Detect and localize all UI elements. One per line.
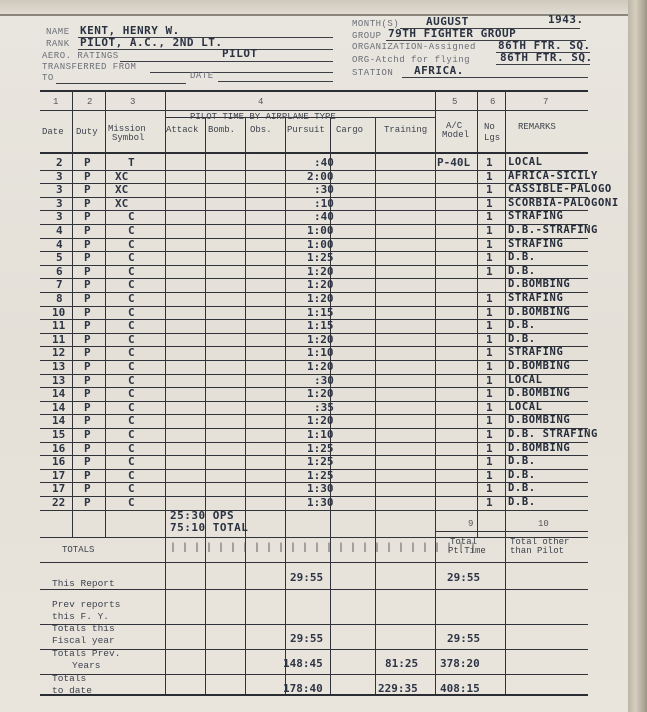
row-mission-symbol: C: [128, 428, 135, 441]
station-label: STATION: [352, 68, 393, 78]
row-landings: 1: [486, 482, 493, 495]
summary-label-2: Years: [72, 660, 101, 672]
summary-total: 29:55: [447, 571, 480, 584]
row-remarks: AFRICA-SICILY: [508, 170, 598, 182]
column-number: 5: [452, 97, 457, 107]
row-remarks: D.BOMBING: [508, 442, 570, 454]
date-label: DATE: [190, 71, 214, 81]
flight-record-form: NAME KENT, HENRY W. RANK PILOT, A.C., 2N…: [0, 0, 630, 712]
row-pursuit-time: :30: [314, 183, 334, 196]
summary-training: 81:25: [385, 657, 418, 670]
row-duty: P: [84, 482, 91, 495]
row-date: 12: [52, 346, 65, 359]
rank-label: RANK: [46, 39, 70, 49]
row-duty: P: [84, 414, 91, 427]
summary-pursuit: 29:55: [290, 571, 323, 584]
col-attack-header: Attack: [166, 125, 198, 135]
row-date: 3: [56, 183, 63, 196]
row-duty: P: [84, 197, 91, 210]
v-bomb: [245, 117, 246, 537]
row-remarks: D.BOMBING: [508, 360, 570, 372]
row-duty: P: [84, 360, 91, 373]
summary-total: 29:55: [447, 632, 480, 645]
column-number: 6: [490, 97, 495, 107]
summary-total: 378:20: [440, 657, 480, 670]
summary-label-2: Fiscal year: [52, 635, 115, 647]
row-date: 15: [52, 428, 65, 441]
row-date: 2: [56, 156, 63, 169]
row-duty: P: [84, 265, 91, 278]
row-pursuit-time: 1:20: [307, 360, 334, 373]
row-date: 14: [52, 414, 65, 427]
row-remarks: STRAFING: [508, 346, 563, 358]
col-remarks-header: REMARKS: [518, 122, 556, 132]
row-landings: 1: [486, 292, 493, 305]
column-number: 1: [53, 97, 58, 107]
row-duty: P: [84, 156, 91, 169]
row-date: 22: [52, 496, 65, 509]
row-remarks: D.BOMBING: [508, 387, 570, 399]
org-assigned-label: ORGANIZATION-Assigned: [352, 42, 476, 52]
row-landings: 1: [486, 346, 493, 359]
row-pursuit-time: 1:20: [307, 333, 334, 346]
row-date: 14: [52, 401, 65, 414]
summary-label: Prev reports: [52, 599, 120, 611]
v-landings: [505, 90, 506, 537]
row-date: 3: [56, 170, 63, 183]
row-landings: 1: [486, 210, 493, 223]
v-cargo: [375, 117, 376, 537]
summary-label: Totals this: [52, 623, 115, 635]
row-duty: P: [84, 469, 91, 482]
row-pursuit-time: 1:25: [307, 469, 334, 482]
station: AFRICA.: [414, 64, 464, 77]
row-pursuit-time: 1:20: [307, 265, 334, 278]
row-date: 4: [56, 238, 63, 251]
v-training: [435, 90, 436, 537]
row-pursuit-time: :40: [314, 210, 334, 223]
row-date: 6: [56, 265, 63, 278]
pilot-time-title: PILOT TIME BY AIRPLANE TYPE: [190, 112, 336, 122]
row-mission-symbol: C: [128, 292, 135, 305]
v-obs: [285, 117, 286, 537]
transferred-from-label: TRANSFERRED FROM: [42, 62, 136, 72]
row-remarks: D.B.: [508, 333, 536, 345]
col9-header-2: Pt.Time: [448, 546, 486, 556]
row-landings: 1: [486, 306, 493, 319]
col-landings-header: No: [484, 122, 495, 132]
top-edge: [0, 0, 630, 16]
aero-ratings: PILOT: [222, 47, 258, 60]
row-landings: 1: [486, 414, 493, 427]
row-landings: 1: [486, 156, 493, 169]
v-date: [72, 90, 73, 537]
row-remarks: LOCAL: [508, 156, 543, 168]
row-duty: P: [84, 210, 91, 223]
row-remarks: LOCAL: [508, 374, 543, 386]
group-label: GROUP: [352, 31, 382, 41]
row-date: 7: [56, 278, 63, 291]
row-date: 16: [52, 455, 65, 468]
row-remarks: LOCAL: [508, 401, 543, 413]
row-landings: 1: [486, 224, 493, 237]
row-duty: P: [84, 183, 91, 196]
row-remarks: CASSIBLE-PALOGO: [508, 183, 612, 195]
row-date: 11: [52, 319, 65, 332]
row-landings: 1: [486, 428, 493, 441]
row-remarks: D.B.: [508, 455, 536, 467]
totals-column-divider: [165, 537, 166, 694]
row-mission-symbol: C: [128, 319, 135, 332]
row-duty: P: [84, 387, 91, 400]
row-mission-symbol: C: [128, 414, 135, 427]
row-duty: P: [84, 333, 91, 346]
row-mission-symbol: C: [128, 455, 135, 468]
row-duty: P: [84, 292, 91, 305]
row-pursuit-time: 1:30: [307, 496, 334, 509]
row-remarks: D.B.: [508, 496, 536, 508]
summary-label: Totals: [52, 673, 86, 685]
row-landings: 1: [486, 496, 493, 509]
row-pursuit-time: 1:20: [307, 278, 334, 291]
row-duty: P: [84, 442, 91, 455]
row-landings: 1: [486, 265, 493, 278]
row-date: 13: [52, 374, 65, 387]
totals-label: TOTALS: [62, 545, 94, 555]
group: 79TH FIGHTER GROUP: [388, 27, 516, 40]
name-label: NAME: [46, 27, 70, 37]
col9-number: 9: [468, 519, 473, 529]
row-mission-symbol: C: [128, 496, 135, 509]
row-landings: 1: [486, 183, 493, 196]
row-remarks: D.B.: [508, 482, 536, 494]
col-date-header: Date: [42, 127, 64, 137]
totals-header-bottom: [40, 562, 588, 563]
row-date: 14: [52, 387, 65, 400]
row-landings: 1: [486, 170, 493, 183]
row-landings: 1: [486, 455, 493, 468]
row-remarks: D.B.: [508, 265, 536, 277]
table-bottom-border: [40, 694, 588, 696]
row-remarks: STRAFING: [508, 210, 563, 222]
v-duty: [105, 90, 106, 537]
row-duty: P: [84, 306, 91, 319]
column-number: 2: [87, 97, 92, 107]
pilot-rank: PILOT, A.C., 2ND LT.: [80, 36, 222, 49]
row-pursuit-time: :35: [314, 401, 334, 414]
row-mission-symbol: C: [128, 224, 135, 237]
row-remarks: D.B. STRAFING: [508, 428, 598, 440]
row-remarks: STRAFING: [508, 238, 563, 250]
row-mission-symbol: C: [128, 251, 135, 264]
row-remarks: SCORBIA-PALOGONI: [508, 197, 619, 209]
row-pursuit-time: 1:00: [307, 224, 334, 237]
row-date: 3: [56, 197, 63, 210]
row-date: 5: [56, 251, 63, 264]
totals-column-divider: [285, 537, 286, 694]
col-mission-header-2: Symbol: [112, 133, 144, 143]
row-mission-symbol: C: [128, 333, 135, 346]
column-number: 7: [543, 97, 548, 107]
row-duty: P: [84, 455, 91, 468]
row-landings: 1: [486, 197, 493, 210]
row-mission-symbol: C: [128, 469, 135, 482]
row-duty: P: [84, 238, 91, 251]
col-obs-header: Obs.: [250, 125, 272, 135]
row-mission-symbol: XC: [115, 183, 128, 196]
row-landings: 1: [486, 360, 493, 373]
row-date: 8: [56, 292, 63, 305]
row-remarks: D.BOMBING: [508, 278, 570, 290]
row-remarks: D.B.-STRAFING: [508, 224, 598, 236]
row-landings: 1: [486, 374, 493, 387]
to-label: TO: [42, 73, 54, 83]
row-mission-symbol: C: [128, 387, 135, 400]
row-mission-symbol: XC: [115, 197, 128, 210]
row-mission-symbol: T: [128, 156, 135, 169]
col-landings-header-2: Lgs: [484, 133, 500, 143]
column-number: 4: [258, 97, 263, 107]
row-pursuit-time: 1:00: [307, 238, 334, 251]
row-remarks: D.B.: [508, 319, 536, 331]
row-landings: 1: [486, 251, 493, 264]
row-mission-symbol: C: [128, 401, 135, 414]
row-remarks: D.BOMBING: [508, 306, 570, 318]
row-pursuit-time: 1:25: [307, 442, 334, 455]
row-pursuit-time: 1:20: [307, 414, 334, 427]
col-model-header-2: Model: [442, 130, 469, 140]
summary-rule: [40, 624, 588, 625]
row-date: 17: [52, 482, 65, 495]
row-landings: 1: [486, 387, 493, 400]
row-pursuit-time: :40: [314, 156, 334, 169]
summary-rule: [40, 674, 588, 675]
totals-column-divider: [330, 537, 331, 694]
totals-column-divider: [435, 537, 436, 694]
row-pursuit-time: 1:30: [307, 482, 334, 495]
row-landings: 1: [486, 442, 493, 455]
row-mission-symbol: C: [128, 306, 135, 319]
summary-label-2: this F. Y.: [52, 611, 109, 623]
summary-rule: [40, 589, 588, 590]
row-duty: P: [84, 346, 91, 359]
row-pursuit-time: 1:20: [307, 292, 334, 305]
year: 1943.: [548, 13, 584, 26]
row-pursuit-time: 1:10: [307, 428, 334, 441]
total-hours: 75:10 TOTAL: [170, 521, 248, 534]
row-date: 11: [52, 333, 65, 346]
row-landings: 1: [486, 238, 493, 251]
summary-rule: [40, 649, 588, 650]
totals-column-divider: [205, 537, 206, 694]
row-date: 16: [52, 442, 65, 455]
v-mission: [165, 90, 166, 537]
row-mission-symbol: C: [128, 374, 135, 387]
row-landings: 1: [486, 469, 493, 482]
row-rule: [40, 510, 588, 511]
column-number: 3: [130, 97, 135, 107]
col-pursuit-header: Pursuit: [287, 125, 325, 135]
row-remarks: D.B.: [508, 469, 536, 481]
org-flying: 86TH FTR. SQ.: [500, 51, 593, 64]
row-pursuit-time: 1:15: [307, 306, 334, 319]
row-remarks: STRAFING: [508, 292, 563, 304]
summary-pursuit: 29:55: [290, 632, 323, 645]
row-duty: P: [84, 374, 91, 387]
tick-marks: ||||||||||||||||||||||||||: [170, 543, 482, 554]
row-mission-symbol: C: [128, 238, 135, 251]
row-pursuit-time: 1:25: [307, 251, 334, 264]
col-duty-header: Duty: [76, 127, 98, 137]
row-duty: P: [84, 251, 91, 264]
aero-ratings-label: AERO. RATINGS: [42, 51, 119, 61]
row-pursuit-time: 2:00: [307, 170, 334, 183]
row-landings: 1: [486, 333, 493, 346]
v-model: [477, 90, 478, 537]
row-duty: P: [84, 319, 91, 332]
totals-column-divider: [245, 537, 246, 694]
row-landings: 1: [486, 319, 493, 332]
v-attack: [205, 117, 206, 537]
row-mission-symbol: XC: [115, 170, 128, 183]
totals-column-divider: [375, 537, 376, 694]
binder-edge: [628, 0, 647, 712]
row-mission-symbol: C: [128, 346, 135, 359]
row-duty: P: [84, 224, 91, 237]
col-cargo-header: Cargo: [336, 125, 363, 135]
row-mission-symbol: C: [128, 265, 135, 278]
row-mission-symbol: C: [128, 360, 135, 373]
row-date: 17: [52, 469, 65, 482]
row-aircraft-model: P-40L: [437, 156, 470, 169]
row-pursuit-time: 1:15: [307, 319, 334, 332]
col9-10-rule: [435, 531, 588, 532]
row-pursuit-time: :10: [314, 197, 334, 210]
row-date: 13: [52, 360, 65, 373]
row-landings: 1: [486, 401, 493, 414]
row-date: 10: [52, 306, 65, 319]
row-pursuit-time: 1:20: [307, 387, 334, 400]
col-training-header: Training: [384, 125, 427, 135]
row-remarks: D.B.: [508, 251, 536, 263]
row-pursuit-time: 1:25: [307, 455, 334, 468]
row-date: 4: [56, 224, 63, 237]
row-pursuit-time: :30: [314, 374, 334, 387]
col-bomb-header: Bomb.: [208, 125, 235, 135]
row-mission-symbol: C: [128, 210, 135, 223]
summary-pursuit: 148:45: [283, 657, 323, 670]
row-mission-symbol: C: [128, 482, 135, 495]
row-mission-symbol: C: [128, 278, 135, 291]
row-duty: P: [84, 401, 91, 414]
col10-number: 10: [538, 519, 549, 529]
row-remarks: D.BOMBING: [508, 414, 570, 426]
row-duty: P: [84, 278, 91, 291]
row-duty: P: [84, 496, 91, 509]
row-pursuit-time: 1:10: [307, 346, 334, 359]
row-mission-symbol: C: [128, 442, 135, 455]
row-duty: P: [84, 170, 91, 183]
totals-column-divider: [505, 537, 506, 694]
summary-label: Totals Prev.: [52, 648, 120, 660]
col10-header-2: than Pilot: [510, 546, 564, 556]
row-date: 3: [56, 210, 63, 223]
row-duty: P: [84, 428, 91, 441]
